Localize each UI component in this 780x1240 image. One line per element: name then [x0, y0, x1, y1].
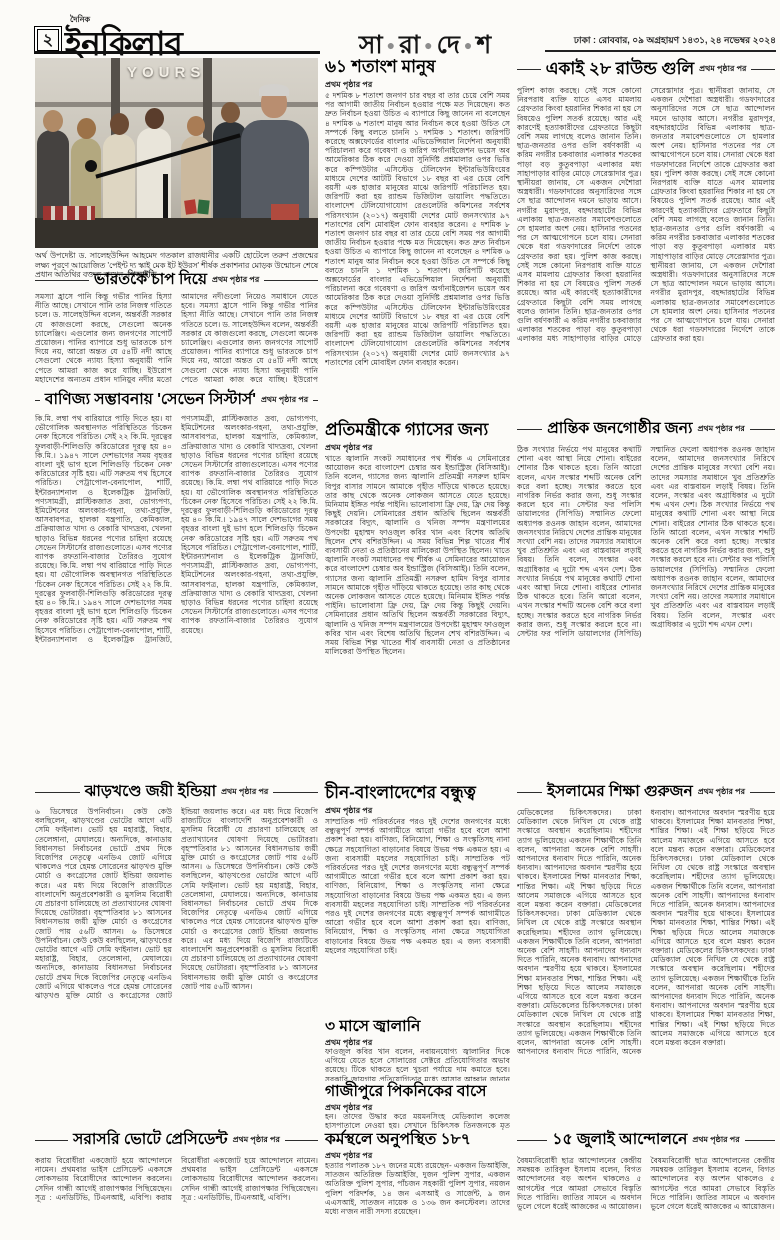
section-letter: দে — [437, 31, 460, 59]
headline-rule — [517, 1140, 547, 1141]
section-letter: শ — [476, 31, 491, 59]
headline-absent-187: কর্মস্থলে অনুপস্থিত ১৮৭ — [325, 1132, 510, 1149]
article-title: সরাসরি ভোটে প্রেসিডেন্ট — [73, 1132, 227, 1149]
headline-prantik: প্রান্তিক জনগোষ্ঠীর জন্য প্রথম পৃষ্ঠার প… — [517, 421, 775, 438]
headline-rule — [745, 1140, 775, 1141]
article-title: বাণিজ্য সম্ভাবনায় 'সেভেন সিস্টার্স' — [45, 392, 256, 409]
headline-rule — [35, 1140, 68, 1141]
continued-label: প্রথম পৃষ্ঠার পর — [699, 63, 746, 76]
person-head — [187, 116, 205, 136]
headline-rule — [751, 69, 775, 70]
headline-rule — [285, 1140, 318, 1141]
person-head — [145, 108, 164, 129]
continued-label: প্রথম পৃষ্ঠার পর — [233, 1134, 280, 1147]
headline-rule — [264, 280, 318, 281]
article-body-china-bangladesh: সাম্প্রতিক পট পরিবর্তনের পরও দুই দেশের জ… — [325, 817, 510, 1017]
headline-rule — [35, 400, 40, 401]
article-body-15-july: বৈষম্যবিরোধী ছাত্র আন্দোলনের কেন্দ্রীয় … — [517, 1156, 775, 1232]
flag-red — [184, 199, 197, 214]
headline-61-percent: ৬১ শতাংশ মানুষ — [325, 58, 510, 76]
continued-label: প্রথম পৃষ্ঠার পর — [698, 786, 745, 799]
article-body-absent-187: হত্যার পলাতক ১৮৭ জনের মধ্যে রয়েছেন- একজ… — [325, 1161, 510, 1232]
newspaper-page: ২ দৈনিক ইনকিলাব সা●রা●দে●শ ঢাকা : রোববার… — [0, 0, 780, 1240]
speaker-hair — [259, 84, 289, 96]
continued-label: প্রথম পৃষ্ঠার পর — [261, 394, 308, 407]
headline-rule — [313, 400, 318, 401]
article-body-3-months-fuel: ফাওজুল কবির খান বলেন, নবায়নযোগ্য জ্বালা… — [325, 1047, 510, 1081]
books-stack — [43, 206, 95, 220]
headline-china-bangladesh: চীন-বাংলাদেশের বন্ধুত্ব — [325, 784, 510, 802]
red-packet — [271, 204, 299, 220]
headline-rule — [35, 792, 80, 793]
headline-rule — [517, 69, 541, 70]
section-letter: সা — [359, 31, 383, 59]
continued-label: প্রথম পৃষ্ঠার পর — [212, 274, 259, 287]
headline-rule — [517, 429, 542, 430]
edition-dateline: ঢাকা : রোববার, ০৯ অগ্রহায়ণ ১৪৩১, ২৪ নভে… — [540, 33, 776, 48]
article-body-prantik: ঠিক সংখ্যার নির্ভয়ে পথ মানুষের কথাটি শো… — [517, 445, 775, 778]
masthead-rule — [34, 51, 320, 54]
article-body-61-percent: ৫ দশমিক ৮ শতাংশ জনগণ চার বছর বা তার চেয়… — [325, 91, 510, 418]
headline-jharkhand: ঝাড়খণ্ডে জয়ী ইন্ডিয়া প্রথম পৃষ্ঠার পর — [35, 784, 318, 801]
dateline-rule — [545, 50, 776, 52]
headline-islam-shikkha: ইসলামের শিক্ষা গুরুজন প্রথম পৃষ্ঠার পর — [517, 784, 775, 801]
article-title: একাই ২৮ রাউন্ড গুলি — [546, 60, 695, 78]
person-head — [77, 118, 96, 139]
photo-sign-text: YOURS — [127, 64, 205, 81]
article-body-gazipur-picnic-bus: হন। তাদের উদ্ধার করে ময়মনসিংহ মেডিক্যাল… — [325, 1112, 510, 1130]
article-body-jharkhand: ৬ ডিসেম্বরে উপনির্বাচন। কেউ কেউ বলছিলেন,… — [35, 807, 318, 1127]
headline-rule — [35, 280, 89, 281]
page-number-box: ২ — [34, 26, 62, 54]
article-body-direct-vote-president: করায় বিরোধীরা একজোট হয়ে আন্দোলনে নামেন… — [35, 1156, 318, 1232]
article-body-islam-shikkha: মেডিকেলের চিকিৎসকদের। ঢাকা মেডিক্যাল থেক… — [517, 808, 775, 1128]
headline-28-rounds: একাই ২৮ রাউন্ড গুলি প্রথম পৃষ্ঠার পর — [517, 60, 775, 78]
headline-rule — [517, 792, 542, 793]
section-dot: ● — [460, 37, 476, 53]
article-title: ১৫ জুলাই আন্দোলনে — [552, 1132, 687, 1149]
person-head — [221, 102, 240, 123]
continued-label: প্রথম পৃষ্ঠার পর — [221, 786, 268, 799]
flag-green — [197, 199, 209, 214]
article-body-28-rounds: পুলিশ কাজ করছে। সেই সঙ্গে কোনো নিরপরাধ ব… — [517, 86, 775, 418]
headline-3-months-fuel: ৩ মাসে জ্বালানি — [325, 1019, 510, 1036]
article-body-bharatke-chap: সমস্যা হ্রাসে পানি কিন্তু গভীর পানির হিস… — [35, 292, 318, 389]
person-head — [110, 113, 129, 135]
page-number: ২ — [43, 27, 53, 54]
table — [35, 218, 318, 248]
article-body-gas-minister: খাতে জ্বালানি সংকট সমাধানের পথ শীর্ষক এ … — [325, 454, 510, 778]
section-dot: ● — [420, 37, 436, 53]
person-head — [43, 110, 63, 132]
article-title: ঝাড়খণ্ডে জয়ী ইন্ডিয়া — [85, 784, 216, 801]
article-title: ভারতকে চাপ দিয়ে — [94, 272, 207, 289]
microphone-icon — [85, 160, 97, 172]
headline-rule — [273, 792, 318, 793]
section-letter: রা — [399, 31, 420, 59]
headline-rule — [750, 792, 775, 793]
headline-direct-vote-president: সরাসরি ভোটে প্রেসিডেন্ট প্রথম পৃষ্ঠার পর — [35, 1132, 318, 1149]
headline-bharatke-chap: ভারতকে চাপ দিয়ে প্রথম পৃষ্ঠার পর — [35, 272, 318, 289]
news-photo: YOURS — [35, 58, 318, 248]
headline-seven-sisters: বাণিজ্য সম্ভাবনায় 'সেভেন সিস্টার্স' প্র… — [35, 392, 318, 409]
headline-gas-minister: প্রতিমন্ত্রীকে গ্যাসের জন্য — [325, 421, 510, 439]
continued-label: প্রথম পৃষ্ঠার পর — [692, 1134, 739, 1147]
headline-gazipur-picnic-bus: গাজীপুরে পিকনিকের বাসে — [325, 1084, 510, 1101]
article-title: ইসলামের শিক্ষা গুরুজন — [547, 784, 693, 801]
continued-label: প্রথম পৃষ্ঠার পর — [698, 423, 745, 436]
section-dot: ● — [383, 37, 399, 53]
headline-15-july: ১৫ জুলাই আন্দোলনে প্রথম পৃষ্ঠার পর — [517, 1132, 775, 1149]
article-body-seven-sisters: কি.মি. লম্বা পথ বারিয়ারে পাড়ি দিতে হয়… — [35, 414, 318, 778]
headline-rule — [750, 429, 775, 430]
article-title: প্রান্তিক জনগোষ্ঠীর জন্য — [547, 421, 692, 438]
